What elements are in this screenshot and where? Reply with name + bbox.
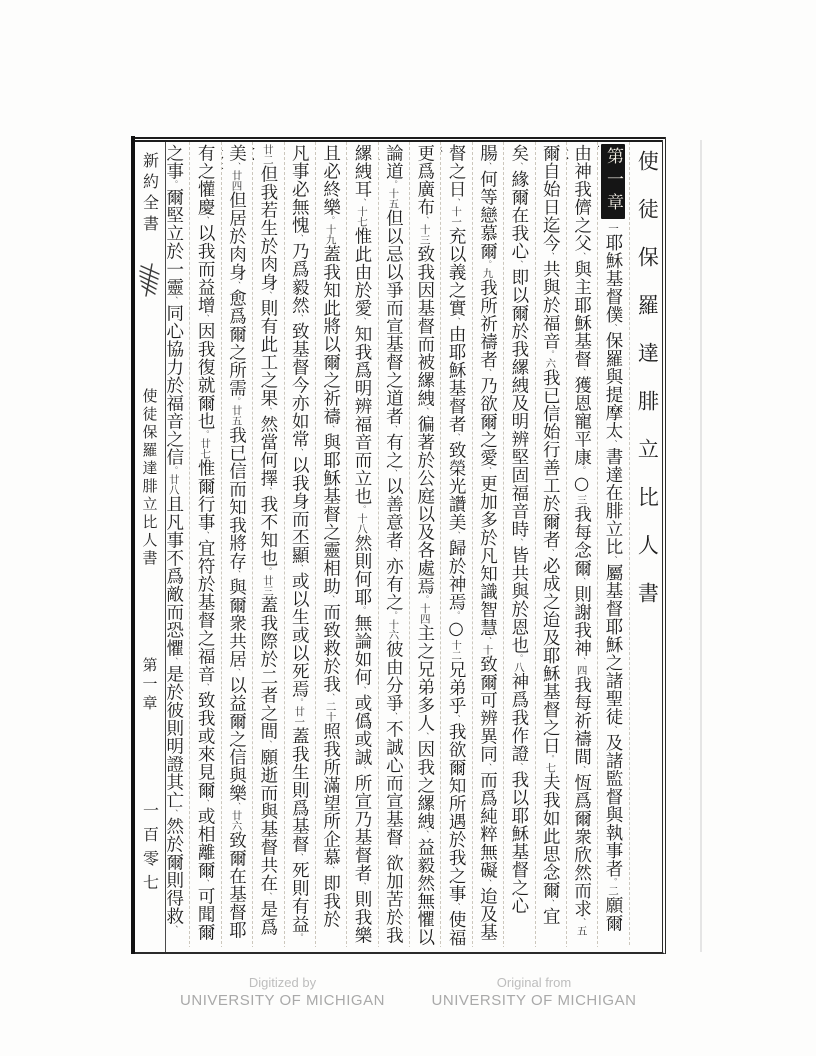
text-columns: 使徒保羅達腓立比人書第一章一耶穌基督僕、保羅與提摩太、書達在腓立比、屬基督耶穌之… (166, 142, 662, 947)
scan-artifact-line (700, 140, 702, 952)
collection-title: 新約全書 (139, 152, 162, 236)
watermark-original-line2: UNIVERSITY OF MICHIGAN (420, 992, 648, 1009)
chapter-heading-inverted: 第一章 (601, 144, 625, 219)
verse-number: 一 (607, 223, 619, 234)
margin-scribble-icon (138, 260, 162, 306)
scripture-column: 廿二但我若生於肉身、則有此工之果、然當何擇、我不知也。廿三蓋我際於二者之間、願逝… (252, 142, 283, 947)
verse-number: 十八 (356, 513, 368, 534)
verse-number: 廿六 (230, 810, 242, 831)
scripture-column: 且必終樂。十九蓋我知此將以爾之祈禱、與耶穌基督之靈相助、而致救於我、二十照我所滿… (315, 142, 346, 947)
scripture-column: 美、廿四但居於肉身、愈爲爾之所需。廿五我已信而知我將存、與爾衆共居、以益爾之信與… (221, 142, 252, 947)
verse-number: 十 (481, 645, 493, 656)
chapter-label: 第一章 (140, 657, 161, 714)
verse-number: 五 (576, 926, 588, 937)
margin-column: 新約全書 使徒保羅達腓立比人書 第一章 一百零七 (135, 142, 166, 952)
book-title-column: 使徒保羅達腓立比人書 (629, 142, 662, 947)
scripture-column: 第一章一耶穌基督僕、保羅與提摩太、書達在腓立比、屬基督耶穌之諸聖徒、及諸監督與執… (597, 142, 628, 947)
scanned-book-page: { "page": { "sidebar": { "collection_tit… (0, 0, 816, 1056)
verse-number: 八 (513, 662, 525, 673)
watermark-original-line1: Original from (420, 975, 648, 990)
verse-number: 十五 (387, 188, 399, 209)
scripture-column: 有之懽慶、以我而益增、因我復就爾也。廿七惟爾行事、宜符於基督之福音、致我或來見爾… (189, 142, 220, 947)
verse-number: 廿一 (293, 706, 305, 727)
verse-number: 廿八 (168, 474, 180, 495)
scripture-column: 督之日、十一充以義之實、由耶穌基督者、致榮光讚美、歸於神焉。○十二兄弟乎、我欲爾… (440, 142, 471, 947)
verse-number: 四 (576, 665, 588, 676)
verse-number: 十九 (325, 224, 337, 245)
verse-number: 廿五 (230, 405, 242, 426)
verse-number: 廿四 (230, 170, 242, 191)
verse-number: 六 (544, 358, 556, 369)
verse-number: 十七 (356, 206, 368, 227)
watermark-original: Original from UNIVERSITY OF MICHIGAN (420, 975, 648, 1009)
verse-number: 二 (607, 886, 619, 897)
scripture-column: 腸、何等戀慕爾。九我所祈禱者、乃欲爾之愛、更加多於凡知識智慧、十致爾可辨異同、而… (472, 142, 503, 947)
scripture-column: 論道。十五但以忌以爭而宣基督之道者、有之、以善意者、亦有之。十六彼由分爭、不誠心… (378, 142, 409, 947)
watermark-digitized-line2: UNIVERSITY OF MICHIGAN (170, 992, 395, 1009)
verse-number: 十二 (450, 640, 462, 661)
page-frame: 新約全書 使徒保羅達腓立比人書 第一章 一百零七 使徒保羅達腓立比人書第一章一耶… (135, 137, 666, 954)
verse-number: 廿七 (199, 438, 211, 459)
scripture-column: 由神我儕之父、與主耶穌基督、獲恩寵平康。○三我每念爾、則謝我神、四我每祈禱間、恆… (566, 142, 597, 947)
verse-number: 十六 (387, 619, 399, 640)
scripture-column: 縲絏耳、十七惟此由於愛、知我爲明辨福音而立也。十八然則何耶。無論如何、或僞或誠、… (346, 142, 377, 947)
verse-number: 九 (481, 268, 493, 279)
running-title: 使徒保羅達腓立比人書 (140, 388, 161, 568)
verse-number: 十三 (419, 224, 431, 245)
scripture-column: 矣、緣爾在我心、即以爾於我縲絏及明辨堅固福音時、皆共與於恩也。八神爲我作證、我以… (503, 142, 534, 947)
scripture-column: 凡事必無愧、乃爲毅然、致基督今亦如常、以我身而丕顯、或以生或以死焉。廿一蓋我生則… (284, 142, 315, 947)
watermark-digitized: Digitized by UNIVERSITY OF MICHIGAN (170, 975, 395, 1009)
verse-number: 七 (544, 763, 556, 774)
verse-number: 十四 (419, 603, 431, 624)
scripture-column: 更爲廣布、十三致我因基督而被縲絏、徧著於公庭以及各處焉。十四主之兄弟多人、因我之… (409, 142, 440, 947)
verse-number: 二十 (325, 701, 337, 722)
verse-number: 廿三 (262, 575, 274, 596)
verse-number: 三 (576, 495, 588, 506)
verse-number: 十一 (450, 206, 462, 227)
verse-number: 廿二 (262, 144, 274, 165)
watermark-digitized-line1: Digitized by (170, 975, 395, 990)
page-number: 一百零七 (139, 802, 162, 898)
scripture-column: 之事。爾堅立於一靈、同心協力於福音之信。廿八且凡事不爲敵而恐懼、是於彼則明證其亡… (166, 142, 189, 947)
scripture-column: 爾自始日迄今、共與於福音。六我已信始行善工於爾者、必成之迨及耶穌基督之日。七夫我… (535, 142, 566, 947)
